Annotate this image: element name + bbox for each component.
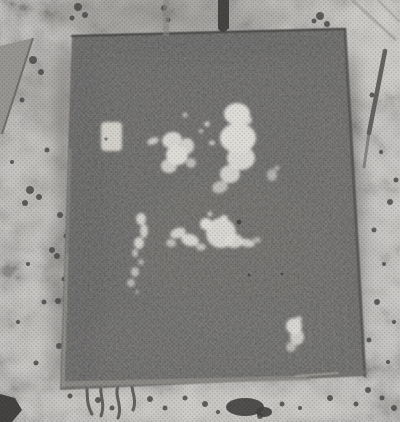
halftone-overlay [0,0,400,422]
photo-svg [0,0,400,422]
photograph [0,0,400,422]
